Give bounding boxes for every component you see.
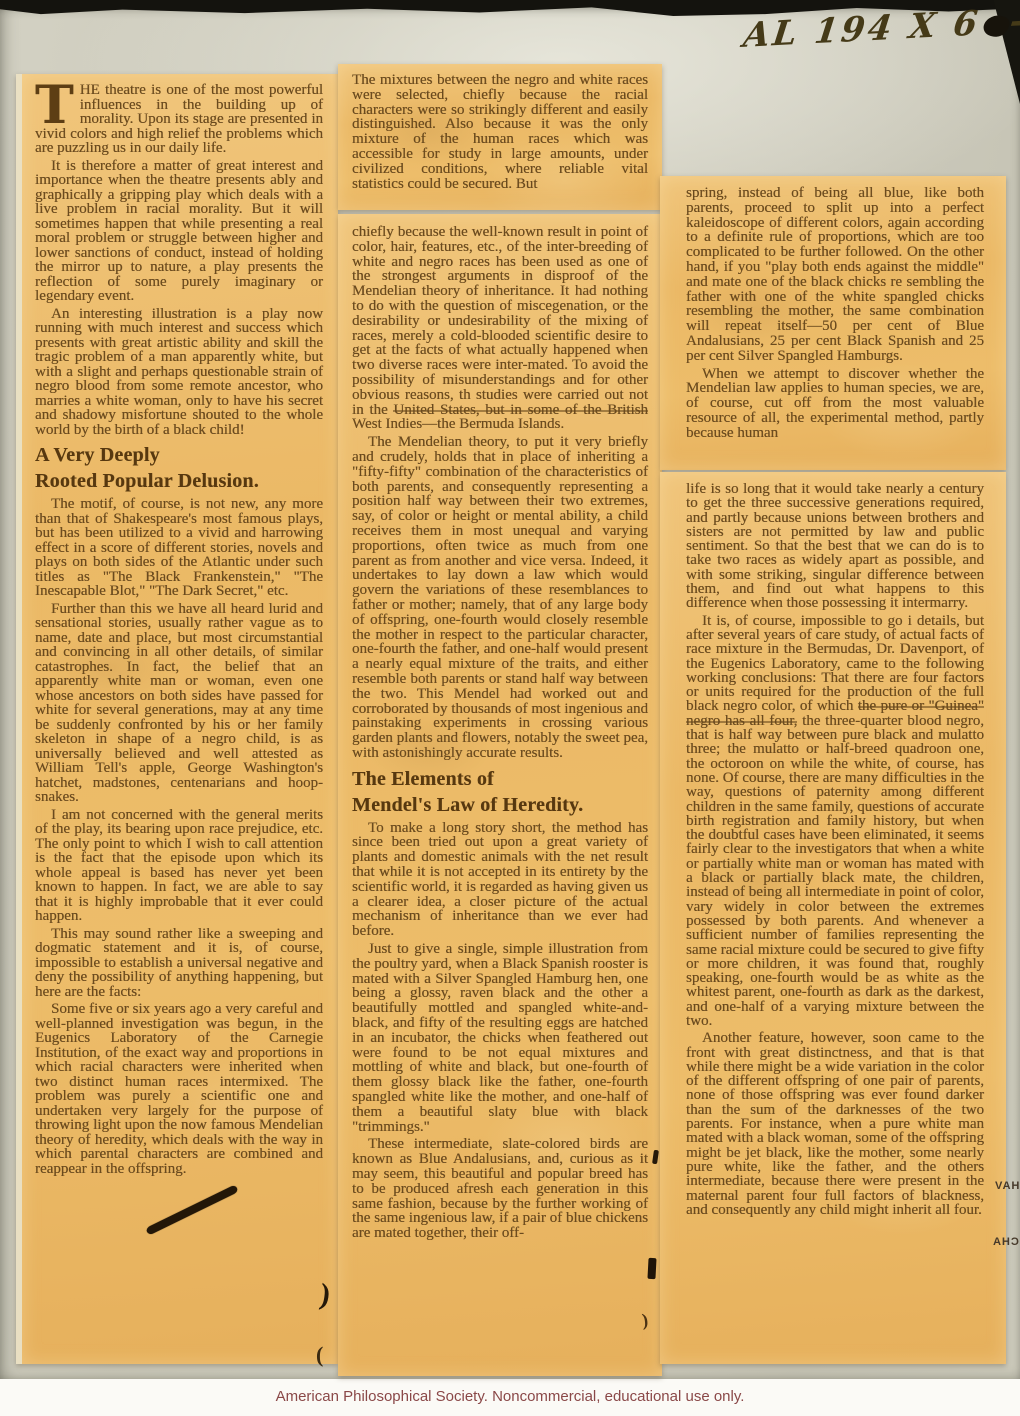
drop-cap: T — [35, 83, 80, 126]
paragraph: I am not concerned with the general meri… — [35, 808, 323, 924]
archive-caption: American Philosophical Society. Noncomme… — [0, 1388, 1020, 1405]
paragraph: It is therefore a matter of great intere… — [35, 159, 323, 304]
paragraph: spring, instead of being all blue, like … — [686, 186, 984, 364]
paragraph: These intermediate, slate-colored birds … — [352, 1137, 648, 1241]
paragraph: The motif, of course, is not new, any mo… — [35, 497, 323, 599]
ink-bar-mark — [647, 1258, 656, 1279]
pen-hook-mark: ( — [316, 1342, 323, 1368]
paragraph: Some five or six years ago a very carefu… — [35, 1002, 323, 1176]
paragraph: Further than this we have all heard luri… — [35, 602, 323, 805]
struck-text: United States, but in some of the Britis… — [393, 402, 648, 418]
section-heading: The Elements ofMendel's Law of Heredity. — [352, 766, 648, 818]
paragraph: The mixtures between the negro and white… — [352, 73, 648, 191]
paragraph: Just to give a single, simple illustrati… — [352, 942, 648, 1134]
clipping-middle-column: chiefly because the well-known result in… — [338, 214, 662, 1376]
paragraph: When we attempt to discover whether the … — [686, 367, 984, 441]
bleed-through-text: HAV — [994, 1180, 1019, 1192]
scanned-document-page: AL 194 X 6-1 THE theatre is one of the m… — [0, 0, 1020, 1416]
paragraph: life is so long that it would take nearl… — [686, 482, 984, 611]
bleed-through-text: CHA — [992, 1236, 1019, 1248]
paragraph: An interesting illustration is a play no… — [35, 307, 323, 438]
clipping-right-column: life is so long that it would take nearl… — [660, 472, 1006, 1364]
ink-blot — [980, 13, 1012, 40]
section-heading: A Very DeeplyRooted Popular Delusion. — [35, 442, 323, 494]
paragraph: It is, of course, impossible to go i det… — [686, 614, 984, 1029]
clipping-left-column: THE theatre is one of the most powerful … — [16, 74, 338, 1364]
paragraph: THE theatre is one of the most powerful … — [35, 83, 323, 156]
clipping-middle-fragment: The mixtures between the negro and white… — [338, 64, 662, 210]
paragraph: Another feature, however, soon came to t… — [686, 1031, 984, 1217]
paragraph: This may sound rather like a sweeping an… — [35, 927, 323, 1000]
paragraph: To make a long story short, the method h… — [352, 821, 648, 939]
paragraph: chiefly because the well-known result in… — [352, 225, 648, 432]
clipping-right-fragment: spring, instead of being all blue, like … — [660, 176, 1006, 470]
paragraph: The Mendelian theory, to put it very bri… — [352, 435, 648, 761]
